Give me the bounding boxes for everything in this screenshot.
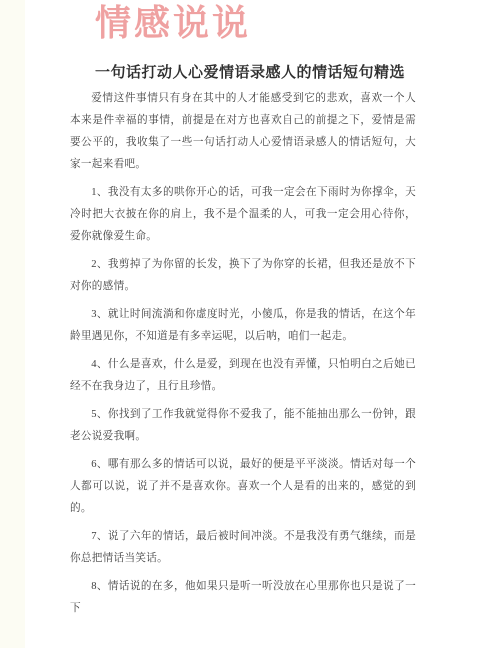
quote-paragraph-2: 2、我剪掉了为你留的长发，换下了为你穿的长裙，但我还是放不下对你的感情。 bbox=[70, 254, 416, 298]
article-body: 爱情这件事情只有身在其中的人才能感受到它的悲欢，喜欢一个人本来是件幸福的事情，前… bbox=[70, 88, 416, 620]
quote-paragraph-4: 4、什么是喜欢，什么是爱，到现在也没有弄懂，只怕明白之后她已经不在我身边了，且行… bbox=[70, 354, 416, 398]
quote-paragraph-1: 1、我没有太多的哄你开心的话，可我一定会在下雨时为你撑伞，天冷时把大衣披在你的肩… bbox=[70, 182, 416, 248]
intro-paragraph: 爱情这件事情只有身在其中的人才能感受到它的悲欢，喜欢一个人本来是件幸福的事情，前… bbox=[70, 88, 416, 176]
quote-paragraph-6: 6、哪有那么多的情话可以说，最好的便是平平淡淡。情话对每一个人都可以说，说了并不… bbox=[70, 454, 416, 520]
site-logo: 情感说说 bbox=[0, 0, 500, 43]
quote-paragraph-8: 8、情话说的在多，他如果只是听一听没放在心里那你也只是说了一下 bbox=[70, 576, 416, 620]
page-left-edge bbox=[0, 0, 25, 648]
article-title: 一句话打动人心爱情语录感人的情话短句精选 bbox=[30, 63, 470, 83]
article-page: 情感说说 一句话打动人心爱情语录感人的情话短句精选 爱情这件事情只有身在其中的人… bbox=[0, 0, 500, 648]
quote-paragraph-7: 7、说了六年的情话，最后被时间冲淡。不是我没有勇气继续，而是你总把情话当笑话。 bbox=[70, 526, 416, 570]
quote-paragraph-5: 5、你找到了工作我就觉得你不爱我了，能不能抽出那么一份钟，跟老公说爱我啊。 bbox=[70, 404, 416, 448]
quote-paragraph-3: 3、就让时间流淌和你虚度时光，小傻瓜，你是我的情话，在这个年龄里遇见你，不知道是… bbox=[70, 304, 416, 348]
